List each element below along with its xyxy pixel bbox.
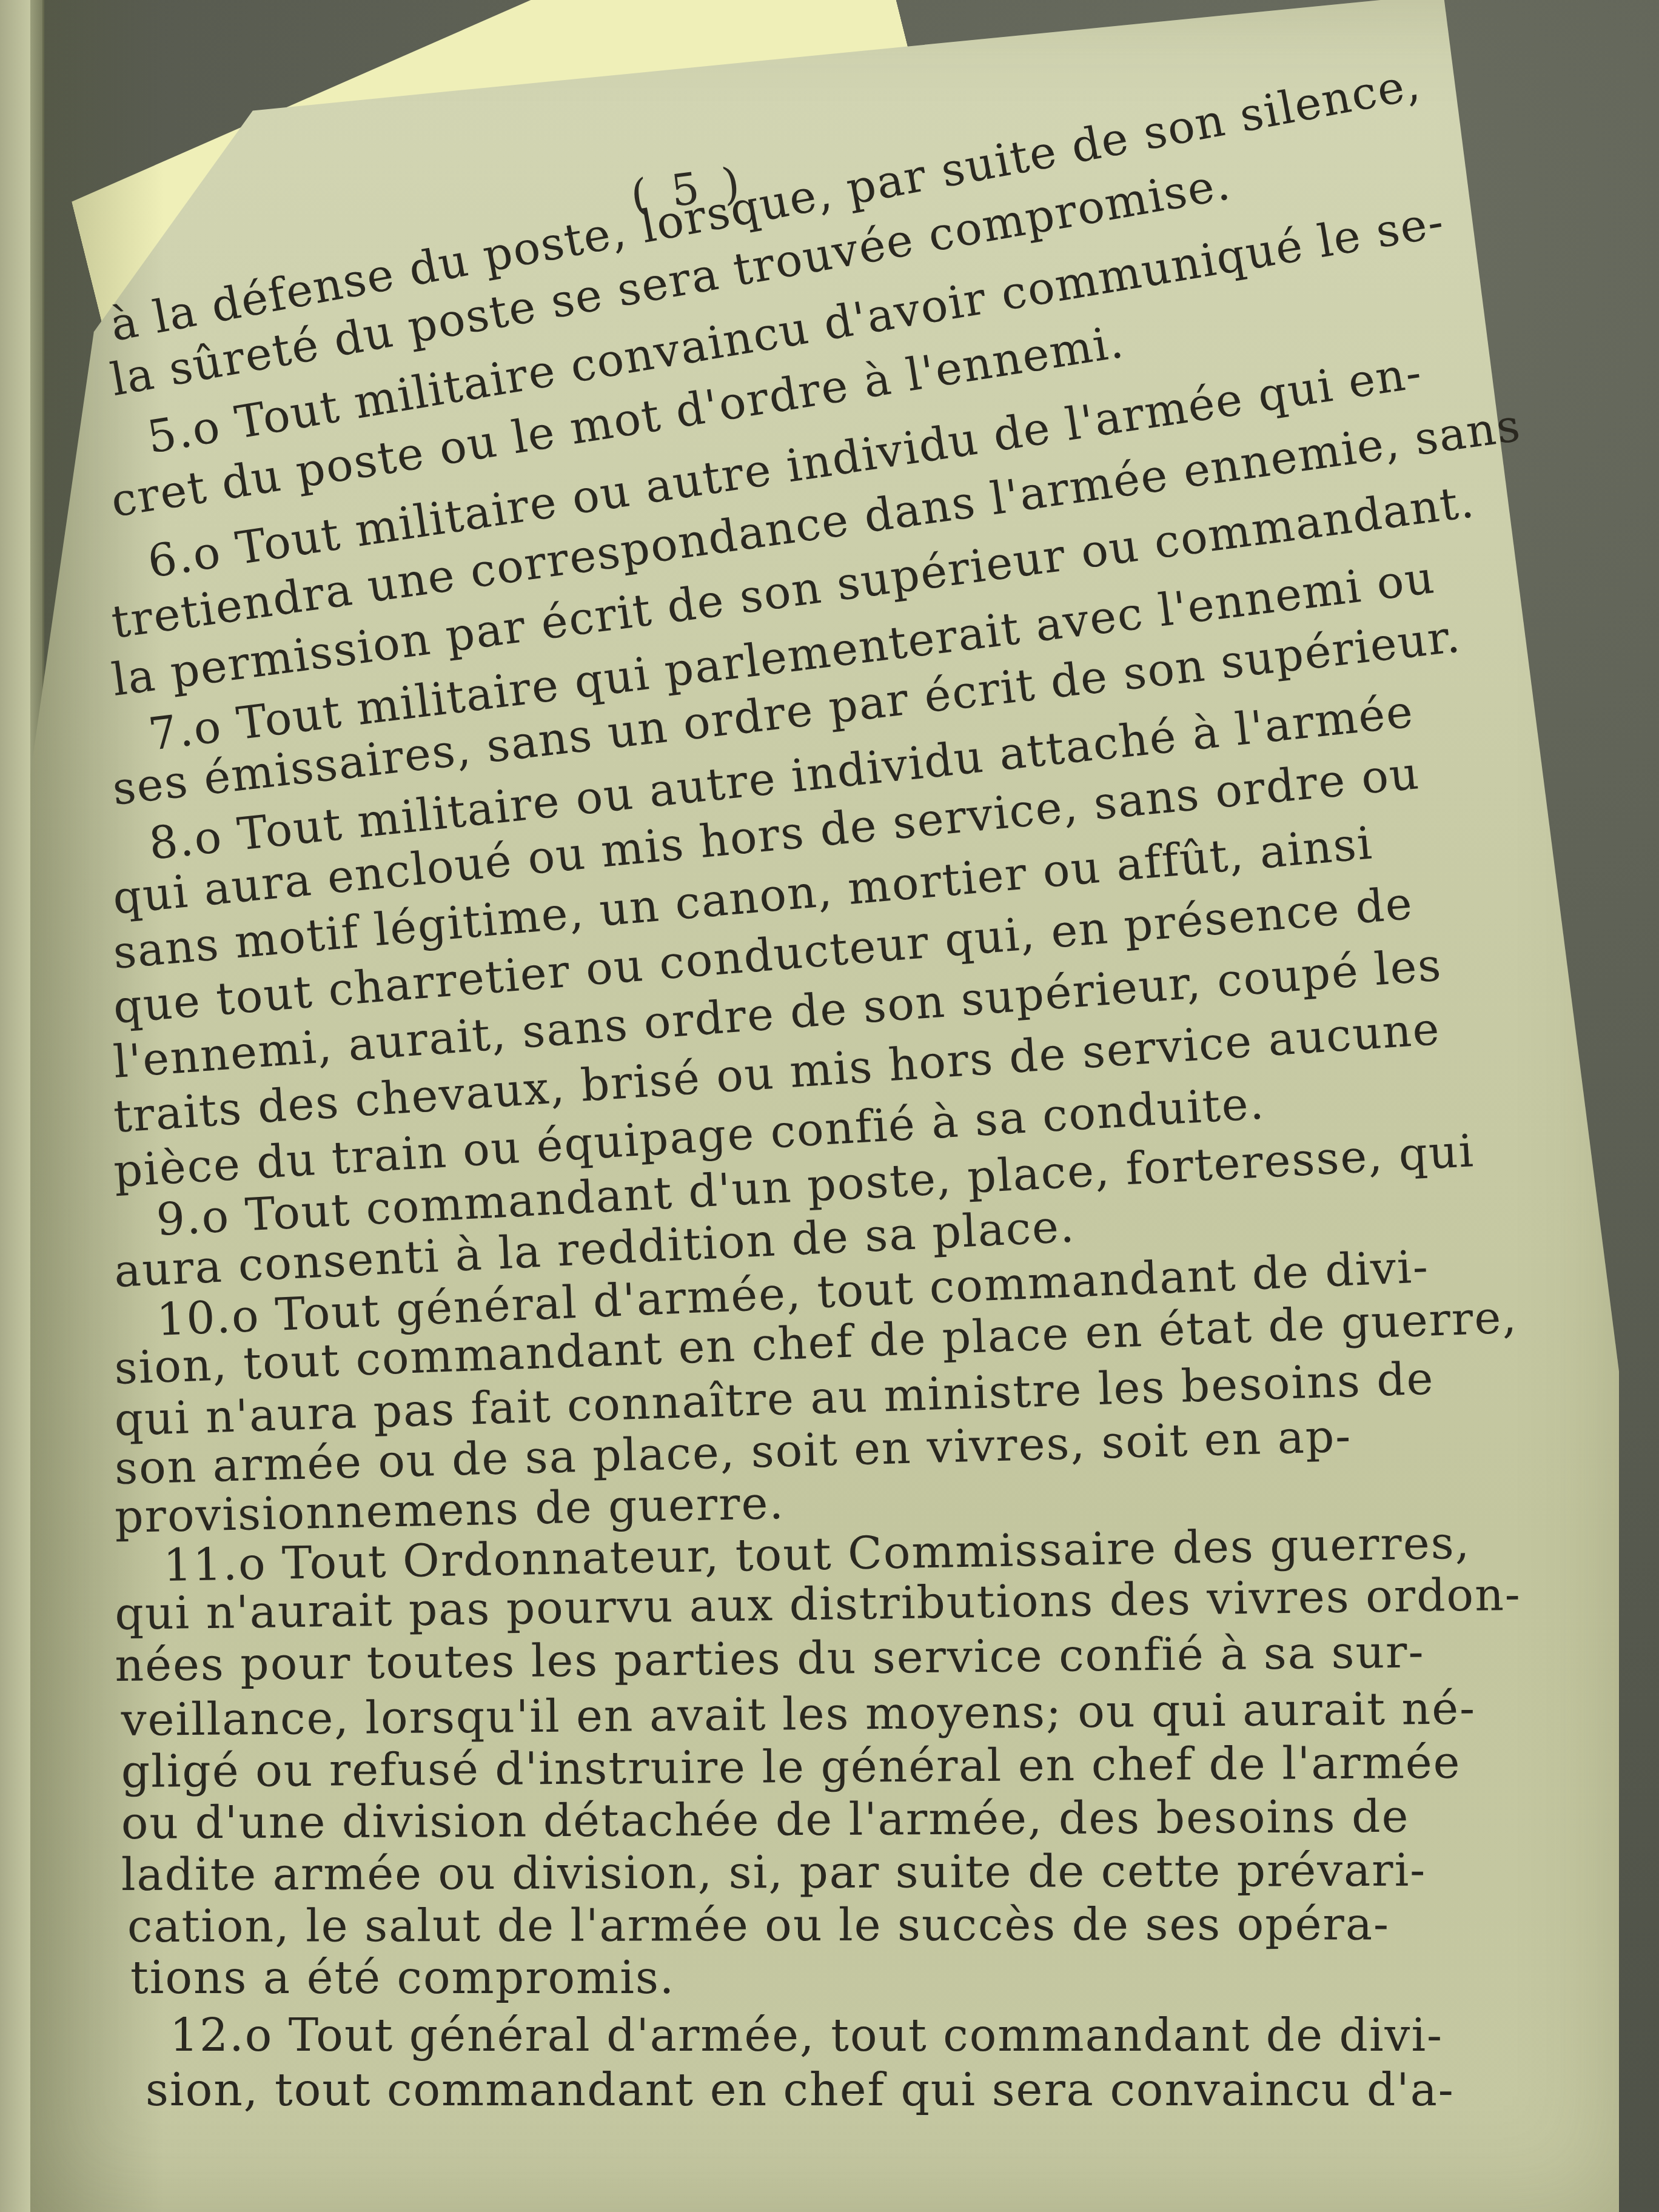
text-line: ladite armée ou division, si, par suite …	[121, 1848, 1427, 1897]
text-line: veillance, lorsqu'il en avait les moyens…	[121, 1686, 1476, 1743]
text-line: cation, le salut de l'armée ou le succès…	[127, 1902, 1390, 1949]
text-line: tions a été compromis.	[130, 1956, 675, 2000]
text-line: sion, tout commandant en chef qui sera c…	[146, 2068, 1455, 2113]
text-line: gligé ou refusé d'instruire le général e…	[121, 1740, 1461, 1794]
text-line: 12.o Tout général d'armée, tout commanda…	[170, 2013, 1443, 2058]
text-line: nées pour toutes les parties du service …	[115, 1629, 1425, 1688]
text-line: ou d'une division détachée de l'armée, d…	[121, 1794, 1410, 1846]
